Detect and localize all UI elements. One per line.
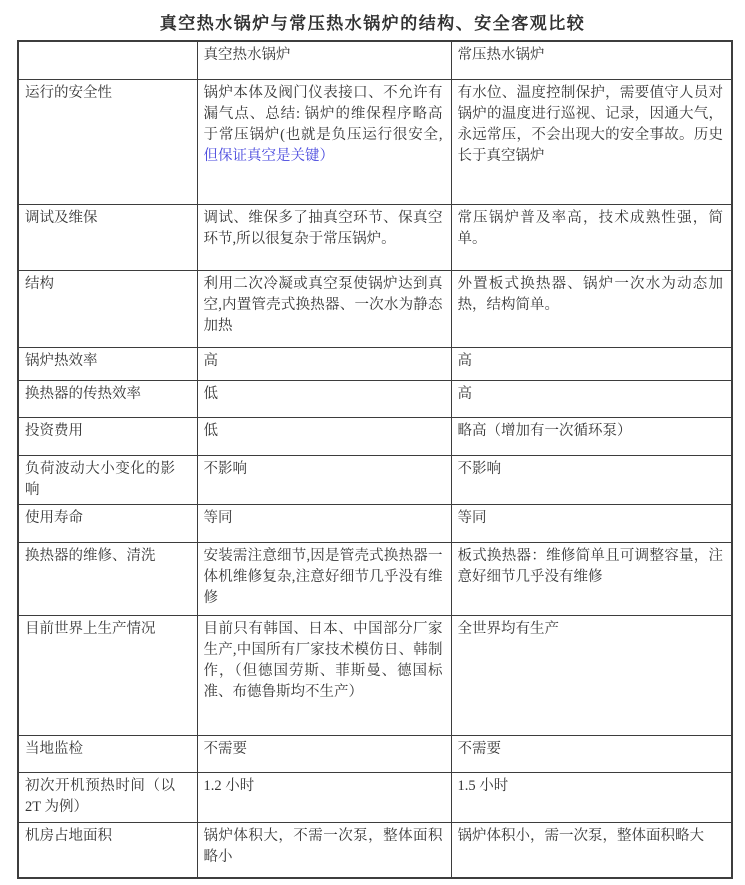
atmospheric-cell: 外置板式换热器、锅炉一次水为动态加热，结构简单。 — [451, 270, 732, 347]
row-label: 换热器的传热效率 — [25, 384, 175, 405]
row-label: 当地监检 — [25, 739, 175, 760]
table-row: 目前世界上生产情况 目前只有韩国、日本、中国部分厂家生产,中国所有厂家技术模仿日… — [18, 615, 732, 735]
vacuum-cell: 锅炉本体及阀门仪表接口、不允许有漏气点、总结: 锅炉的维保程序略高于常压锅炉(也… — [197, 79, 451, 204]
row-label: 使用寿命 — [25, 508, 175, 529]
row-label-cell: 运行的安全性 — [18, 79, 197, 204]
row-label: 负荷波动大小变化的影响 — [25, 459, 175, 501]
table-row: 换热器的传热效率 低 高 — [18, 380, 732, 417]
vacuum-cell-text: 目前只有韩国、日本、中国部分厂家生产,中国所有厂家技术模仿日、韩制作，（但德国劳… — [204, 619, 443, 703]
table-header-row: 真空热水锅炉 常压热水锅炉 — [18, 41, 732, 79]
page-title: 真空热水锅炉与常压热水锅炉的结构、安全客观比较 — [0, 9, 745, 34]
row-label: 换热器的维修、清洗 — [25, 546, 175, 567]
vacuum-cell: 不需要 — [197, 735, 451, 772]
table-row: 调试及维保 调试、维保多了抽真空环节、保真空环节,所以很复杂于常压锅炉。 常压锅… — [18, 204, 732, 270]
atmospheric-cell: 锅炉体积小，需一次泵，整体面积略大 — [451, 822, 732, 878]
table-row: 锅炉热效率 高 高 — [18, 347, 732, 380]
vacuum-cell-text: 1.2 小时 — [204, 776, 443, 797]
vacuum-cell-text: 安装需注意细节,因是管壳式换热器一体机维修复杂,注意好细节几乎没有维修 — [204, 546, 443, 609]
vacuum-cell-text: 等同 — [204, 508, 443, 529]
row-label-cell: 调试及维保 — [18, 204, 197, 270]
table-row: 负荷波动大小变化的影响 不影响 不影响 — [18, 455, 732, 504]
row-label-cell: 换热器的传热效率 — [18, 380, 197, 417]
vacuum-cell: 等同 — [197, 504, 451, 542]
vacuum-cell-text: 锅炉本体及阀门仪表接口、不允许有漏气点、总结: 锅炉的维保程序略高于常压锅炉(也… — [204, 85, 443, 143]
vacuum-cell: 低 — [197, 380, 451, 417]
atmospheric-cell-text: 1.5 小时 — [458, 776, 724, 797]
comparison-table: 真空热水锅炉 常压热水锅炉 运行的安全性 锅炉本体及阀门仪表接口、不允许有漏气点… — [17, 40, 733, 879]
row-label-cell: 初次开机预热时间（以 2T 为例） — [18, 772, 197, 822]
vacuum-cell-text: 不影响 — [204, 459, 443, 480]
atmospheric-cell: 等同 — [451, 504, 732, 542]
atmospheric-cell: 常压锅炉普及率高，技术成熟性强，简单。 — [451, 204, 732, 270]
row-label-cell: 使用寿命 — [18, 504, 197, 542]
row-label: 机房占地面积 — [25, 826, 175, 847]
vacuum-cell: 调试、维保多了抽真空环节、保真空环节,所以很复杂于常压锅炉。 — [197, 204, 451, 270]
vacuum-note-highlight: 但保证真空是关键） — [204, 148, 335, 164]
row-label: 初次开机预热时间（以 2T 为例） — [25, 776, 175, 818]
table-row: 机房占地面积 锅炉体积大，不需一次泵，整体面积略小 锅炉体积小，需一次泵，整体面… — [18, 822, 732, 878]
atmospheric-cell-text: 高 — [458, 351, 724, 372]
vacuum-cell-text: 利用二次冷凝或真空泵使锅炉达到真空,内置管壳式换热器、一次水为静态加热 — [204, 274, 443, 337]
header-empty-cell — [18, 41, 197, 79]
atmospheric-cell: 不需要 — [451, 735, 732, 772]
row-label-cell: 机房占地面积 — [18, 822, 197, 878]
atmospheric-cell-text: 高 — [458, 384, 724, 405]
atmospheric-cell: 高 — [451, 380, 732, 417]
vacuum-cell: 利用二次冷凝或真空泵使锅炉达到真空,内置管壳式换热器、一次水为静态加热 — [197, 270, 451, 347]
atmospheric-cell-text: 锅炉体积小，需一次泵，整体面积略大 — [458, 826, 724, 847]
atmospheric-cell-text: 不影响 — [458, 459, 724, 480]
atmospheric-cell: 板式换热器：维修简单且可调整容量，注意好细节几乎没有维修 — [451, 542, 732, 615]
atmospheric-cell-text: 全世界均有生产 — [458, 619, 724, 640]
atmospheric-cell: 略高（增加有一次循环泵） — [451, 417, 732, 455]
table-row: 结构 利用二次冷凝或真空泵使锅炉达到真空,内置管壳式换热器、一次水为静态加热 外… — [18, 270, 732, 347]
vacuum-cell-text: 低 — [204, 421, 443, 442]
atmospheric-cell-text: 板式换热器：维修简单且可调整容量，注意好细节几乎没有维修 — [458, 546, 724, 588]
row-label: 目前世界上生产情况 — [25, 619, 175, 640]
atmospheric-cell-text: 不需要 — [458, 739, 724, 760]
vacuum-cell: 低 — [197, 417, 451, 455]
table-row: 当地监检 不需要 不需要 — [18, 735, 732, 772]
vacuum-cell: 目前只有韩国、日本、中国部分厂家生产,中国所有厂家技术模仿日、韩制作，（但德国劳… — [197, 615, 451, 735]
vacuum-cell: 高 — [197, 347, 451, 380]
vacuum-cell: 1.2 小时 — [197, 772, 451, 822]
vacuum-cell-text: 高 — [204, 351, 443, 372]
vacuum-cell-text: 调试、维保多了抽真空环节、保真空环节,所以很复杂于常压锅炉。 — [204, 208, 443, 250]
row-label: 调试及维保 — [25, 208, 175, 229]
row-label-cell: 锅炉热效率 — [18, 347, 197, 380]
row-label: 投资费用 — [25, 421, 175, 442]
row-label: 锅炉热效率 — [25, 351, 175, 372]
row-label-cell: 负荷波动大小变化的影响 — [18, 455, 197, 504]
header-atmospheric-boiler: 常压热水锅炉 — [451, 41, 732, 79]
header-vacuum-boiler: 真空热水锅炉 — [197, 41, 451, 79]
table-row: 投资费用 低 略高（增加有一次循环泵） — [18, 417, 732, 455]
row-label: 结构 — [25, 274, 175, 295]
vacuum-cell-text: 不需要 — [204, 739, 443, 760]
atmospheric-cell: 1.5 小时 — [451, 772, 732, 822]
table-row: 使用寿命 等同 等同 — [18, 504, 732, 542]
row-label: 运行的安全性 — [25, 83, 175, 104]
row-label-cell: 投资费用 — [18, 417, 197, 455]
atmospheric-cell-text: 外置板式换热器、锅炉一次水为动态加热，结构简单。 — [458, 274, 724, 316]
atmospheric-cell: 不影响 — [451, 455, 732, 504]
vacuum-cell-text: 低 — [204, 384, 443, 405]
vacuum-cell-text: 锅炉体积大，不需一次泵，整体面积略小 — [204, 826, 443, 868]
row-label-cell: 换热器的维修、清洗 — [18, 542, 197, 615]
atmospheric-cell: 全世界均有生产 — [451, 615, 732, 735]
vacuum-cell: 锅炉体积大，不需一次泵，整体面积略小 — [197, 822, 451, 878]
atmospheric-cell-text: 略高（增加有一次循环泵） — [458, 421, 724, 442]
vacuum-cell: 安装需注意细节,因是管壳式换热器一体机维修复杂,注意好细节几乎没有维修 — [197, 542, 451, 615]
atmospheric-cell: 高 — [451, 347, 732, 380]
atmospheric-cell-text: 等同 — [458, 508, 724, 529]
row-label-cell: 目前世界上生产情况 — [18, 615, 197, 735]
table-row: 运行的安全性 锅炉本体及阀门仪表接口、不允许有漏气点、总结: 锅炉的维保程序略高… — [18, 79, 732, 204]
atmospheric-cell: 有水位、温度控制保护，需要值守人员对锅炉的温度进行巡视、记录，因通大气，永远常压… — [451, 79, 732, 204]
atmospheric-cell-text: 常压锅炉普及率高，技术成熟性强，简单。 — [458, 208, 724, 250]
table-row: 初次开机预热时间（以 2T 为例） 1.2 小时 1.5 小时 — [18, 772, 732, 822]
vacuum-cell: 不影响 — [197, 455, 451, 504]
row-label-cell: 当地监检 — [18, 735, 197, 772]
atmospheric-cell-text: 有水位、温度控制保护，需要值守人员对锅炉的温度进行巡视、记录，因通大气，永远常压… — [458, 83, 724, 167]
row-label-cell: 结构 — [18, 270, 197, 347]
table-row: 换热器的维修、清洗 安装需注意细节,因是管壳式换热器一体机维修复杂,注意好细节几… — [18, 542, 732, 615]
